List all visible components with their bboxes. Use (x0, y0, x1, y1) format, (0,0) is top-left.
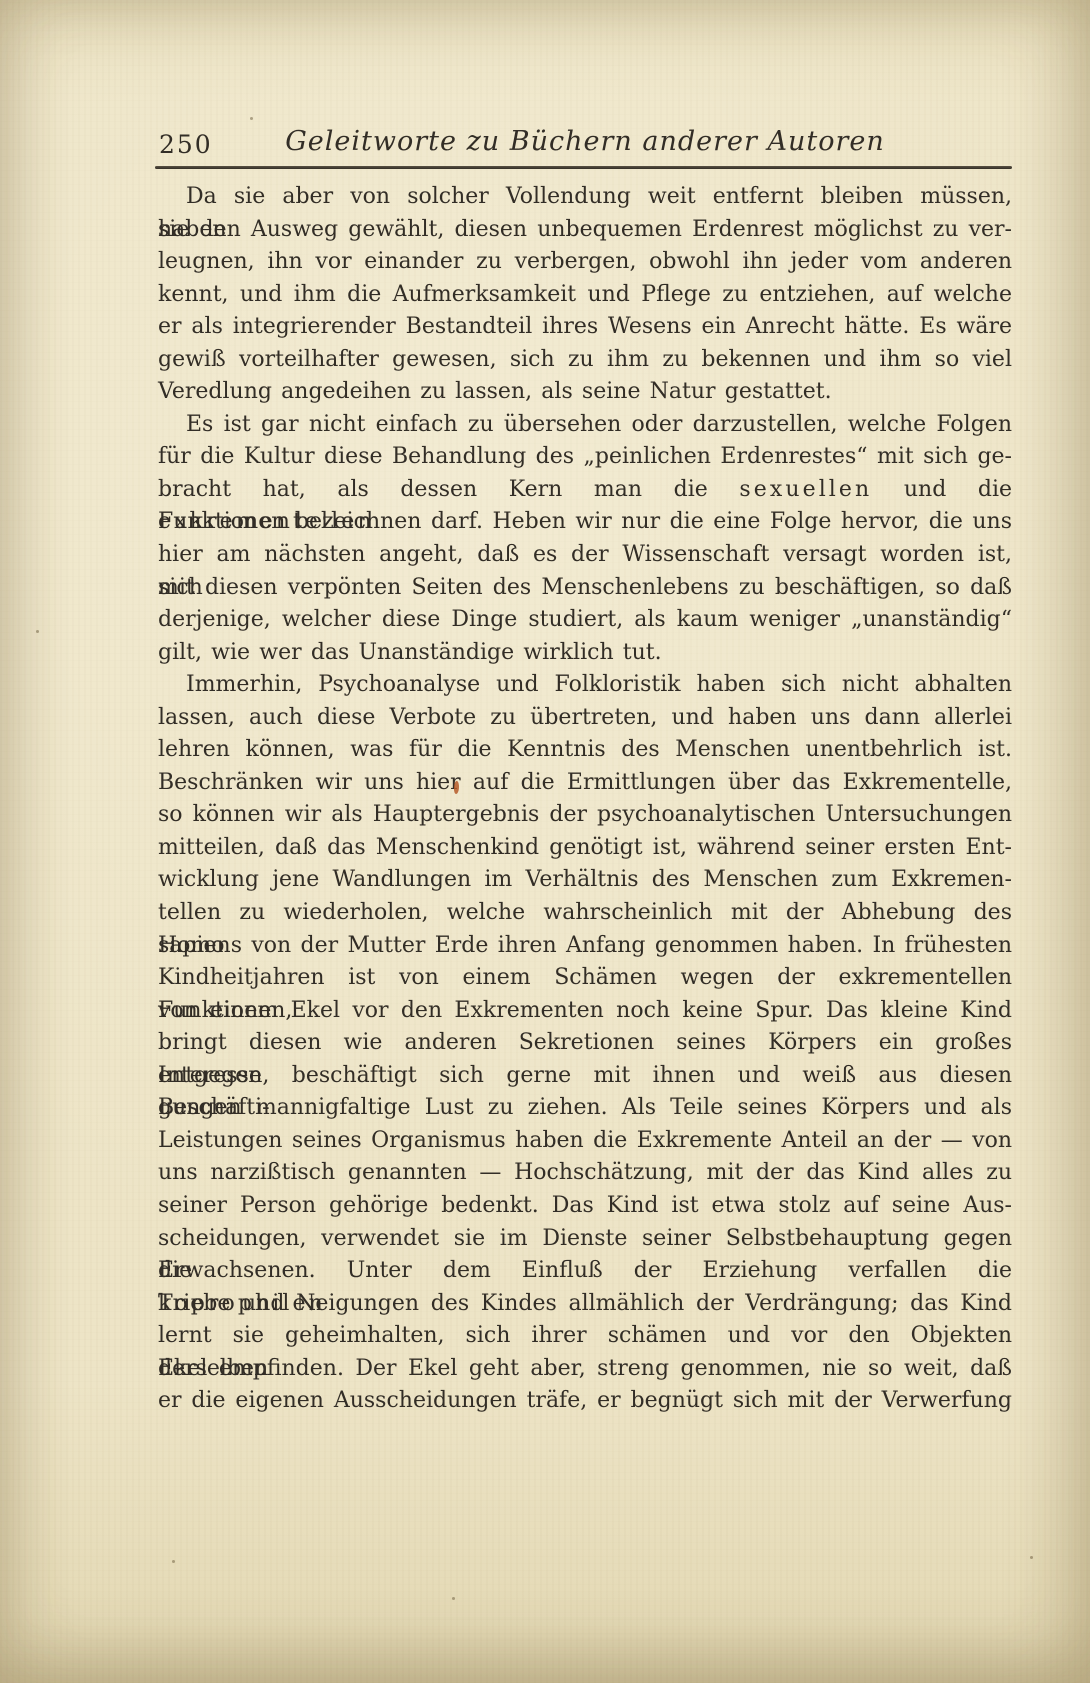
body-text: Da sie aber von solcher Vollendung weit … (158, 181, 1012, 1418)
text-segment: Triebe und Neigungen des Kindes allmähli… (158, 1291, 1012, 1316)
text-segment: Veredlung angedeihen zu lassen, als sein… (158, 379, 832, 404)
text-line: Funktionen bezeichnen darf. Heben wir nu… (158, 506, 1012, 539)
text-line: so können wir als Hauptergebnis der psyc… (158, 799, 1012, 832)
text-line: kennt, und ihm die Aufmerksamkeit und Pf… (158, 279, 1012, 312)
text-line: gewiß vorteilhafter gewesen, sich zu ihm… (158, 344, 1012, 377)
text-segment: lassen, auch diese Verbote zu übertreten… (158, 705, 1012, 730)
paragraph: Immerhin, Psychoanalyse und Folkloristik… (158, 669, 1012, 1418)
text-line: Beschränken wir uns hier auf die Ermittl… (158, 767, 1012, 800)
text-segment: sapiens von der Mutter Erde ihren Anfang… (158, 933, 1012, 958)
text-segment: für die Kultur diese Behandlung des „pei… (158, 444, 1012, 469)
text-segment: Erwachsenen. Unter dem Einfluß der Erzie… (158, 1258, 1012, 1283)
text-line: für die Kultur diese Behandlung des „pei… (158, 441, 1012, 474)
text-segment: und die (872, 477, 1012, 502)
text-line: gilt, wie wer das Unanständige wirklich … (158, 637, 1012, 670)
text-line: hier am nächsten angeht, daß es der Wiss… (158, 539, 1012, 572)
text-segment: gewiß vorteilhafter gewesen, sich zu ihm… (158, 347, 1012, 372)
text-segment: er die eigenen Ausscheidungen träfe, er … (158, 1388, 1012, 1413)
text-line: Leistungen seines Organismus haben die E… (158, 1125, 1012, 1158)
text-segment: lehren können, was für die Kenntnis des … (158, 737, 1012, 762)
text-segment: mit diesen verpönten Seiten des Menschen… (158, 575, 1012, 600)
text-segment: kennt, und ihm die Aufmerksamkeit und Pf… (158, 282, 1012, 307)
text-segment: seiner Person gehörige bedenkt. Das Kind… (158, 1193, 1012, 1218)
running-title: Geleitworte zu Büchern anderer Autoren (157, 126, 1013, 157)
text-line: seiner Person gehörige bedenkt. Das Kind… (158, 1190, 1012, 1223)
text-line: entgegen, beschäftigt sich gerne mit ihn… (158, 1060, 1012, 1093)
text-line: bringt diesen wie anderen Sekretionen se… (158, 1027, 1012, 1060)
text-segment: derjenige, welcher diese Dinge studiert,… (158, 607, 1012, 632)
paragraph: Es ist gar nicht einfach zu übersehen od… (158, 409, 1012, 669)
text-segment: gilt, wie wer das Unanständige wirklich … (158, 640, 662, 665)
text-line: er als integrierender Bestandteil ihres … (158, 311, 1012, 344)
text-line: Ekel empfinden. Der Ekel geht aber, stre… (158, 1353, 1012, 1386)
text-line: uns narzißtisch genannten — Hochschätzun… (158, 1157, 1012, 1190)
text-segment: uns narzißtisch genannten — Hochschätzun… (158, 1160, 1012, 1185)
text-line: er die eigenen Ausscheidungen träfe, er … (158, 1385, 1012, 1418)
text-line: tellen zu wiederholen, welche wahrschein… (158, 897, 1012, 930)
text-segment: so können wir als Hauptergebnis der psyc… (158, 802, 1012, 827)
text-segment: Es ist gar nicht einfach zu übersehen od… (186, 412, 1012, 437)
text-line: lehren können, was für die Kenntnis des … (158, 734, 1012, 767)
scanned-book-page: 250 Geleitworte zu Büchern anderer Autor… (0, 0, 1090, 1683)
text-segment: Immerhin, Psychoanalyse und Folkloristik… (186, 672, 1012, 697)
text-line: sie den Ausweg gewählt, diesen unbequeme… (158, 214, 1012, 247)
text-line: lassen, auch diese Verbote zu übertreten… (158, 702, 1012, 735)
paragraph: Da sie aber von solcher Vollendung weit … (158, 181, 1012, 409)
text-segment: wicklung jene Wandlungen im Verhältnis d… (158, 867, 1012, 892)
text-line: bracht hat, als dessen Kern man die sexu… (158, 474, 1012, 507)
text-line: Veredlung angedeihen zu lassen, als sein… (158, 376, 1012, 409)
text-segment: leugnen, ihn vor einander zu verbergen, … (158, 249, 1012, 274)
header-rule (155, 166, 1012, 169)
text-segment: gungen mannigfaltige Lust zu ziehen. Als… (158, 1095, 1012, 1120)
paper-speck (250, 117, 253, 120)
text-line: Triebe und Neigungen des Kindes allmähli… (158, 1288, 1012, 1321)
text-segment: er als integrierender Bestandteil ihres … (158, 314, 1012, 339)
text-line: mit diesen verpönten Seiten des Menschen… (158, 572, 1012, 605)
text-line: wicklung jene Wandlungen im Verhältnis d… (158, 864, 1012, 897)
text-line: Erwachsenen. Unter dem Einfluß der Erzie… (158, 1255, 1012, 1288)
text-line: gungen mannigfaltige Lust zu ziehen. Als… (158, 1092, 1012, 1125)
text-segment: Beschränken wir uns hier auf die Ermittl… (158, 770, 1012, 795)
text-line: Es ist gar nicht einfach zu übersehen od… (158, 409, 1012, 442)
text-line: lernt sie geheimhalten, sich ihrer schäm… (158, 1320, 1012, 1353)
text-segment: Ekel empfinden. Der Ekel geht aber, stre… (158, 1356, 1012, 1381)
paper-speck (36, 630, 39, 633)
paper-speck (452, 1597, 455, 1600)
text-segment: sie den Ausweg gewählt, diesen unbequeme… (158, 217, 1012, 242)
paper-speck (172, 1560, 175, 1563)
text-line: scheidungen, verwendet sie im Dienste se… (158, 1223, 1012, 1256)
text-line: mitteilen, daß das Menschenkind genötigt… (158, 832, 1012, 865)
text-line: derjenige, welcher diese Dinge studiert,… (158, 604, 1012, 637)
page-header: 250 Geleitworte zu Büchern anderer Autor… (157, 126, 1013, 162)
text-line: Kindheitjahren ist von einem Schämen weg… (158, 962, 1012, 995)
emphasized-text: sexuellen (739, 477, 872, 502)
text-segment: bracht hat, als dessen Kern man die (158, 477, 739, 502)
text-line: leugnen, ihn vor einander zu verbergen, … (158, 246, 1012, 279)
text-line: sapiens von der Mutter Erde ihren Anfang… (158, 930, 1012, 963)
paper-speck (1030, 1556, 1033, 1559)
text-segment: Funktionen bezeichnen darf. Heben wir nu… (158, 509, 1012, 534)
text-line: von einem Ekel vor den Exkrementen noch … (158, 995, 1012, 1028)
text-segment: von einem Ekel vor den Exkrementen noch … (158, 998, 1012, 1023)
text-line: Immerhin, Psychoanalyse und Folkloristik… (158, 669, 1012, 702)
text-line: Da sie aber von solcher Vollendung weit … (158, 181, 1012, 214)
text-segment: Leistungen seines Organismus haben die E… (158, 1128, 1012, 1153)
text-segment: mitteilen, daß das Menschenkind genötigt… (158, 835, 1012, 860)
